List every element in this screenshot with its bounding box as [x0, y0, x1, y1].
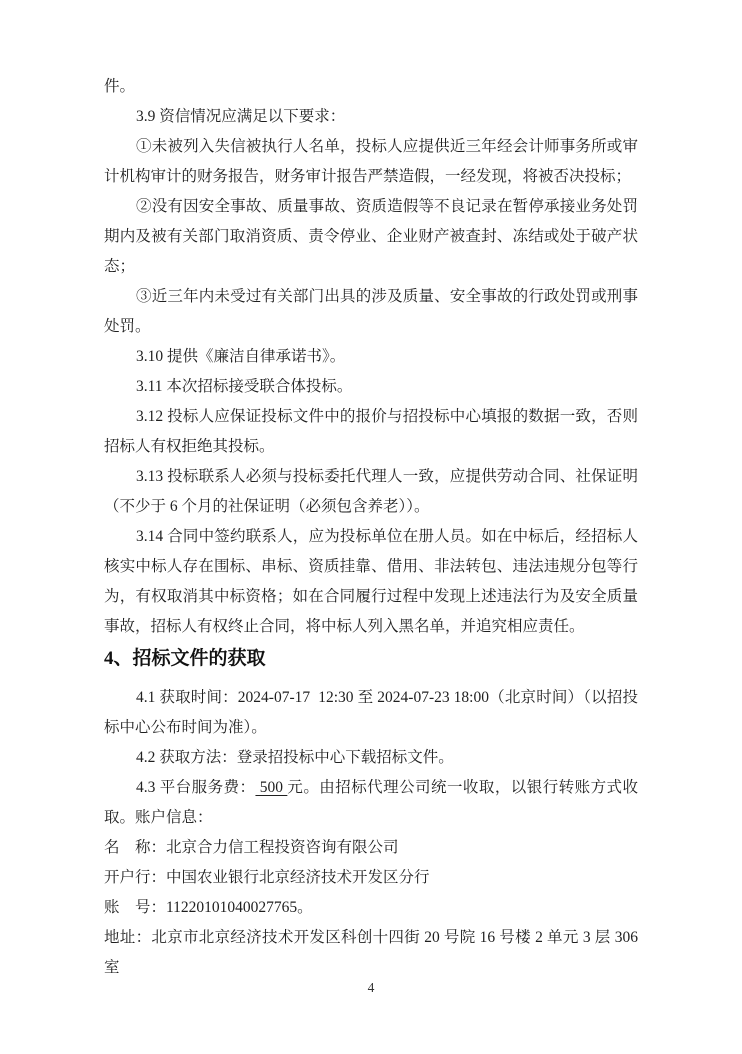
page-number: 4 — [0, 980, 742, 996]
paragraph-continuation: 件。 — [104, 72, 638, 102]
clause-3-9-item-3: ③近三年内未受过有关部门出具的涉及质量、安全事故的行政处罚或刑事处罚。 — [104, 282, 638, 342]
account-number-line: 账 号：11220101040027765。 — [104, 893, 638, 923]
account-bank-line: 开户行：中国农业银行北京经济技术开发区分行 — [104, 863, 638, 893]
clause-3-14: 3.14 合同中签约联系人，应为投标单位在册人员。如在中标后，经招标人核实中标人… — [104, 522, 638, 642]
clause-4-3: 4.3 平台服务费： 500 元。由招标代理公司统一收取，以银行转账方式收取。账… — [104, 773, 638, 833]
clause-3-10: 3.10 提供《廉洁自律承诺书》。 — [104, 342, 638, 372]
account-address-line: 地址：北京市北京经济技术开发区科创十四街 20 号院 16 号楼 2 单元 3 … — [104, 923, 638, 983]
fee-text-prefix: 4.3 平台服务费： — [136, 779, 255, 796]
section-4-heading: 4、招标文件的获取 — [104, 642, 638, 676]
clause-3-9: 3.9 资信情况应满足以下要求： — [104, 102, 638, 132]
clause-3-13: 3.13 投标联系人必须与投标委托代理人一致，应提供劳动合同、社保证明（不少于 … — [104, 462, 638, 522]
clause-4-2: 4.2 获取方法：登录招投标中心下载招标文件。 — [104, 743, 638, 773]
account-name-line: 名 称：北京合力信工程投资咨询有限公司 — [104, 833, 638, 863]
clause-3-12: 3.12 投标人应保证投标文件中的报价与招投标中心填报的数据一致，否则招标人有权… — [104, 402, 638, 462]
clause-3-9-item-2: ②没有因安全事故、质量事故、资质造假等不良记录在暂停承接业务处罚期内及被有关部门… — [104, 192, 638, 282]
document-page: 件。 3.9 资信情况应满足以下要求： ①未被列入失信被执行人名单，投标人应提供… — [104, 72, 638, 983]
clause-3-11: 3.11 本次招标接受联合体投标。 — [104, 372, 638, 402]
clause-4-1: 4.1 获取时间：2024-07-17 12:30 至 2024-07-23 1… — [104, 683, 638, 743]
fee-amount: 500 — [255, 779, 287, 796]
clause-3-9-item-1: ①未被列入失信被执行人名单，投标人应提供近三年经会计师事务所或审计机构审计的财务… — [104, 132, 638, 192]
